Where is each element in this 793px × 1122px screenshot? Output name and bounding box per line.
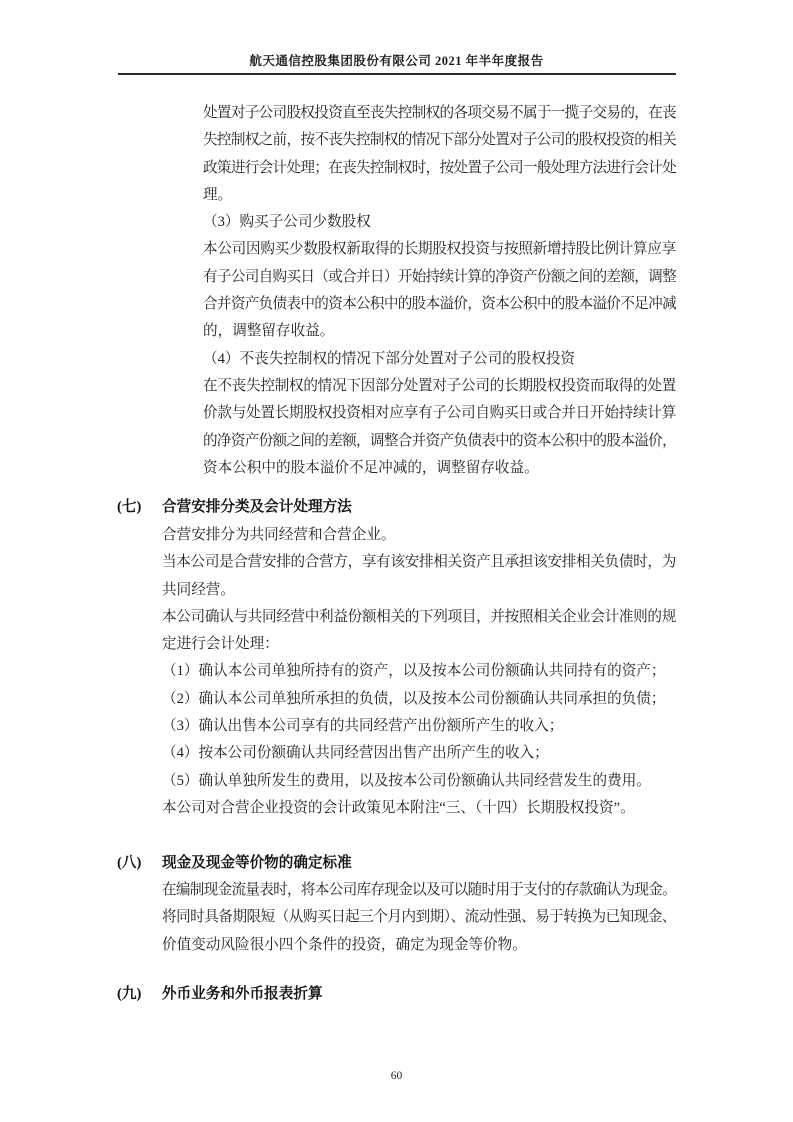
report-page: 航天通信控股集团股份有限公司 2021 年半年度报告 处置对子公司股权投资直至丧… bbox=[0, 0, 793, 1122]
section-7-body: 合营安排分为共同经营和合营企业。当本公司是合营安排的合营方，享有该安排相关资产且… bbox=[162, 522, 676, 822]
text-line: 共同经营。 bbox=[162, 577, 676, 604]
section-7-title: 合营安排分类及会计处理方法 bbox=[162, 499, 352, 515]
text-line: 合并资产负债表中的资本公积中的股本溢价，资本公积中的股本溢价不足冲减 bbox=[203, 291, 676, 318]
text-line: 的净资产份额之间的差额，调整合并资产负债表中的资本公积中的股本溢价， bbox=[203, 428, 676, 455]
text-line: （1）确认本公司单独所持有的资产，以及按本公司份额确认共同持有的资产； bbox=[162, 658, 676, 685]
section-9-title: 外币业务和外币报表折算 bbox=[162, 986, 323, 1002]
text-line: 失控制权之前，按不丧失控制权的情况下部分处置对子公司的股权投资的相关 bbox=[203, 127, 676, 154]
text-line: 的，调整留存收益。 bbox=[203, 318, 676, 345]
text-line: 政策进行会计处理；在丧失控制权时，按处置子公司一般处理方法进行会计处 bbox=[203, 155, 676, 182]
section-8-body: 在编制现金流量表时，将本公司库存现金以及可以随时用于支付的存款确认为现金。将同时… bbox=[162, 877, 676, 959]
text-line: （3）确认出售本公司享有的共同经营产出份额所产生的收入； bbox=[162, 713, 676, 740]
text-line: 将同时具备期限短（从购买日起三个月内到期）、流动性强、易于转换为已知现金、 bbox=[162, 904, 676, 931]
text-line: 在不丧失控制权的情况下因部分处置对子公司的长期股权投资而取得的处置 bbox=[203, 373, 676, 400]
text-line: （4）不丧失控制权的情况下部分处置对子公司的股权投资 bbox=[203, 346, 676, 373]
text-line: 处置对子公司股权投资直至丧失控制权的各项交易不属于一揽子交易的，在丧 bbox=[203, 100, 676, 127]
header-divider-rule bbox=[118, 73, 676, 75]
text-line: 本公司因购买少数股权新取得的长期股权投资与按照新增持股比例计算应享 bbox=[203, 236, 676, 263]
text-line: （3）购买子公司少数股权 bbox=[203, 209, 676, 236]
text-line: 有子公司自购买日（或合并日）开始持续计算的净资产份额之间的差额，调整 bbox=[203, 264, 676, 291]
text-line: 理。 bbox=[203, 182, 676, 209]
text-line: 定进行会计处理： bbox=[162, 631, 676, 658]
section-8-title: 现金及现金等价物的确定标准 bbox=[162, 855, 352, 871]
continuation-paragraph-block: 处置对子公司股权投资直至丧失控制权的各项交易不属于一揽子交易的，在丧失控制权之前… bbox=[203, 100, 676, 482]
text-line: 在编制现金流量表时，将本公司库存现金以及可以随时用于支付的存款确认为现金。 bbox=[162, 877, 676, 904]
page-header-title: 航天通信控股集团股份有限公司 2021 年半年度报告 bbox=[0, 52, 793, 70]
text-line: 合营安排分为共同经营和合营企业。 bbox=[162, 522, 676, 549]
text-line: 本公司对合营企业投资的会计政策见本附注“三、（十四）长期股权投资”。 bbox=[162, 795, 676, 822]
section-8-label: (八) bbox=[117, 850, 162, 877]
page-number: 60 bbox=[0, 1068, 793, 1084]
text-line: 本公司确认与共同经营中利益份额相关的下列项目，并按照相关企业会计准则的规 bbox=[162, 604, 676, 631]
text-line: （5）确认单独所发生的费用，以及按本公司份额确认共同经营发生的费用。 bbox=[162, 768, 676, 795]
text-line: （2）确认本公司单独所承担的负债，以及按本公司份额确认共同承担的负债； bbox=[162, 686, 676, 713]
section-9-label: (九) bbox=[117, 981, 162, 1008]
section-7-label: (七) bbox=[117, 494, 162, 521]
section-7-heading: (七)合营安排分类及会计处理方法 bbox=[117, 494, 676, 521]
text-line: 当本公司是合营安排的合营方，享有该安排相关资产且承担该安排相关负债时，为 bbox=[162, 549, 676, 576]
text-line: 资本公积中的股本溢价不足冲减的，调整留存收益。 bbox=[203, 455, 676, 482]
text-line: 价款与处置长期股权投资相对应享有子公司自购买日或合并日开始持续计算 bbox=[203, 400, 676, 427]
text-line: 价值变动风险很小四个条件的投资，确定为现金等价物。 bbox=[162, 932, 676, 959]
section-8-heading: (八)现金及现金等价物的确定标准 bbox=[117, 850, 676, 877]
section-9-heading: (九)外币业务和外币报表折算 bbox=[117, 981, 676, 1008]
text-line: （4）按本公司份额确认共同经营因出售产出所产生的收入； bbox=[162, 740, 676, 767]
